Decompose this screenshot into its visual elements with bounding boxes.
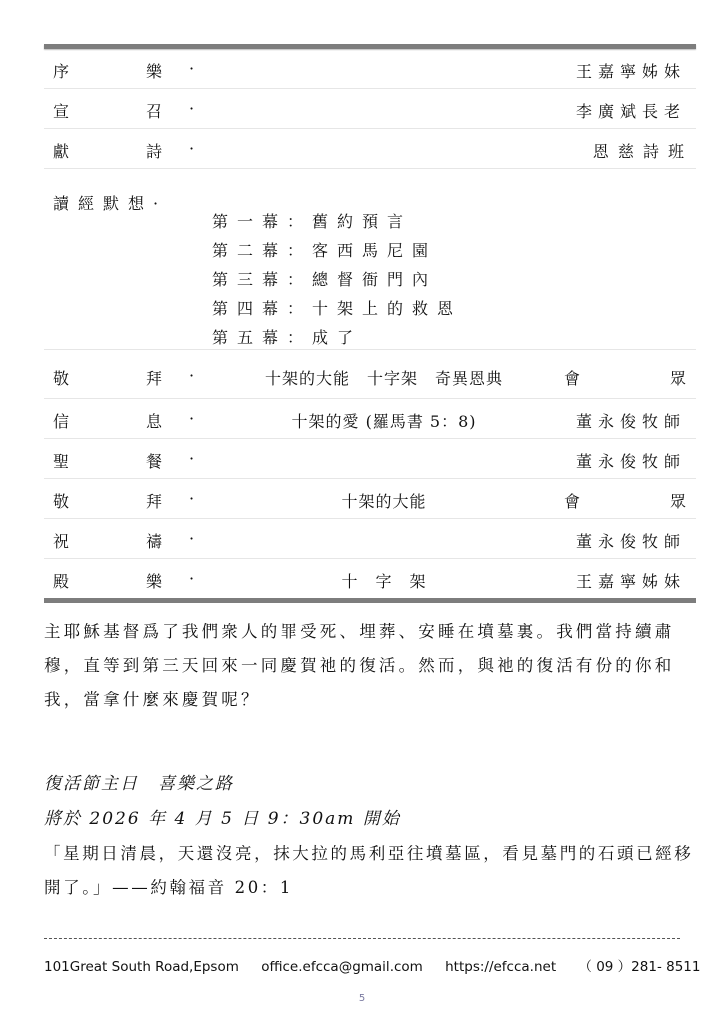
- bottom-divider: [44, 598, 696, 603]
- item-char-2: 拜: [146, 489, 162, 512]
- item-char-1: 信: [53, 409, 69, 432]
- item-char-2: 拜: [146, 366, 162, 389]
- item-char-1: 獻: [53, 139, 69, 162]
- item-char-2: 詩: [146, 139, 162, 162]
- scripture-quote: 「星期日清晨，天還沒亮，抹大拉的馬利亞往墳墓區，看見墓門的石頭已經移開了。」——…: [44, 837, 696, 905]
- act-item: 第四幕：十架上的救恩: [212, 296, 462, 325]
- act-item: 第一幕：舊約預言: [212, 209, 462, 238]
- footer-divider: [44, 938, 680, 939]
- separator-dot: ·: [189, 449, 194, 468]
- scripture-meditation: 讀經默想· 第一幕：舊約預言 第二幕：客西馬尼園 第三幕：總督衙門內 第四幕：十…: [44, 169, 696, 350]
- separator-dot: ·: [189, 489, 194, 508]
- sermon-title: 十架的愛 (羅馬書 5：8): [204, 409, 564, 432]
- item-char-2: 息: [146, 409, 162, 432]
- service-row-anthem: 獻 詩 · 恩 慈 詩 班: [44, 129, 696, 169]
- service-row-communion: 聖 餐 · 董永俊牧師: [44, 439, 696, 479]
- item-char-1: 敬: [53, 366, 69, 389]
- item-char-1: 宣: [53, 99, 69, 122]
- item-char-2: 召: [146, 99, 162, 122]
- item-char-2: 餐: [146, 449, 162, 472]
- footer-address: 101Great South Road,Epsom: [44, 959, 239, 975]
- separator-dot: ·: [189, 569, 194, 588]
- order-of-service: 序 樂 · 王嘉寧姊妹 宣 召 · 李廣斌長老 獻 詩 · 恩 慈 詩 班 讀經…: [44, 44, 696, 905]
- separator-dot: ·: [189, 409, 194, 428]
- leader-char: 會: [564, 489, 580, 512]
- leader-name: 董永俊牧師: [576, 449, 686, 472]
- leader-name: 董永俊牧師: [576, 529, 686, 552]
- separator-dot: ·: [189, 529, 194, 548]
- scripture-meditation-label: 讀經默想·: [53, 191, 167, 214]
- service-row-postlude: 殿 樂 · 十 字 架 王嘉寧姊妹: [44, 559, 696, 598]
- footer-phone: （ 09 ）281- 8511: [578, 959, 700, 975]
- leader-name: 李廣斌長老: [576, 99, 686, 122]
- item-char-1: 祝: [53, 529, 69, 552]
- leader-char: 眾: [670, 489, 686, 512]
- hymn-titles: 十架的大能 十字架 奇異恩典: [204, 366, 564, 389]
- item-char-2: 樂: [146, 59, 162, 82]
- service-row-call-to-worship: 宣 召 · 李廣斌長老: [44, 89, 696, 129]
- separator-dot: ·: [189, 59, 194, 78]
- leader-name: 王嘉寧姊妹: [576, 59, 686, 82]
- leader-char: 眾: [670, 366, 686, 389]
- separator-dot: ·: [189, 99, 194, 118]
- footer-contact: 101Great South Road,Epsom office.efcca@g…: [44, 955, 684, 975]
- acts-list: 第一幕：舊約預言 第二幕：客西馬尼園 第三幕：總督衙門內 第四幕：十架上的救恩 …: [212, 209, 462, 354]
- page-number: 5: [0, 993, 724, 1004]
- event-title: 復活節主日 喜樂之路: [44, 769, 696, 794]
- hymn-title: 十 字 架: [204, 569, 564, 592]
- item-char-1: 敬: [53, 489, 69, 512]
- reflection-paragraph: 主耶穌基督爲了我們衆人的罪受死、埋葬、安睡在墳墓裏。我們當持續肅穆，直等到第三天…: [44, 615, 696, 717]
- event-time: 將於 2026 年 4 月 5 日 9：30am 開始: [44, 804, 696, 829]
- leader-name: 會 眾: [564, 489, 686, 512]
- separator-dot: ·: [189, 139, 194, 158]
- act-item: 第二幕：客西馬尼園: [212, 238, 462, 267]
- hymn-title: 十架的大能: [204, 489, 564, 512]
- leader-name: 恩 慈 詩 班: [593, 139, 686, 162]
- service-row-sermon: 信 息 · 十架的愛 (羅馬書 5：8) 董永俊牧師: [44, 399, 696, 439]
- leader-name: 董永俊牧師: [576, 409, 686, 432]
- service-row-prelude: 序 樂 · 王嘉寧姊妹: [44, 49, 696, 89]
- separator-dot: ·: [189, 366, 194, 385]
- leader-name: 王嘉寧姊妹: [576, 569, 686, 592]
- footer-website-link[interactable]: https://efcca.net: [445, 959, 556, 975]
- item-char-1: 聖: [53, 449, 69, 472]
- service-row-worship-1: 敬 拜 · 十架的大能 十字架 奇異恩典 會 眾: [44, 350, 696, 399]
- act-item: 第三幕：總督衙門內: [212, 267, 462, 296]
- service-row-worship-2: 敬 拜 · 十架的大能 會 眾: [44, 479, 696, 519]
- item-char-2: 樂: [146, 569, 162, 592]
- leader-char: 會: [564, 366, 580, 389]
- leader-name: 會 眾: [564, 366, 686, 389]
- item-char-1: 殿: [53, 569, 69, 592]
- footer-email-link[interactable]: office.efcca@gmail.com: [261, 959, 423, 975]
- item-char-1: 序: [53, 59, 69, 82]
- item-char-2: 禱: [146, 529, 162, 552]
- service-row-benediction: 祝 禱 · 董永俊牧師: [44, 519, 696, 559]
